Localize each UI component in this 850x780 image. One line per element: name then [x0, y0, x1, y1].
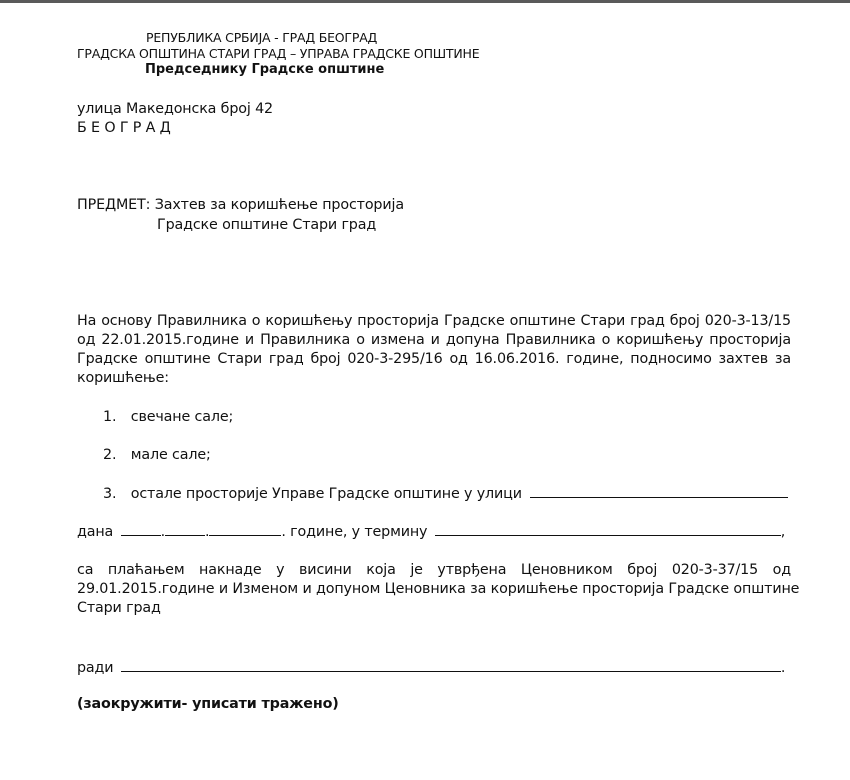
date-prefix: дана: [77, 524, 113, 540]
header-republic: РЕПУБЛИКА СРБИЈА - ГРАД БЕОГРАД: [146, 30, 377, 45]
reason-input-line[interactable]: [121, 659, 781, 672]
intro-line-3: Градске општине Стари град број 020-3-29…: [77, 351, 791, 367]
intro-line-2: од 22.01.2015.године и Правилника о изме…: [77, 332, 791, 348]
date-line: дана ... године, у термину ,: [77, 523, 785, 540]
time-slot-input-line[interactable]: [435, 523, 781, 536]
date-suffix: ,: [781, 524, 785, 540]
reason-prefix: ради: [77, 660, 113, 676]
month-input-line[interactable]: [165, 523, 205, 536]
day-input-line[interactable]: [121, 523, 161, 536]
option-label: мале сале;: [131, 447, 211, 463]
option-item-3[interactable]: 3. остале просторије Управе Градске општ…: [103, 485, 788, 502]
option-item-2[interactable]: 2. мале сале;: [103, 447, 211, 463]
reason-line: ради .: [77, 659, 785, 676]
header-municipality: ГРАДСКА ОПШТИНА СТАРИ ГРАД – УПРАВА ГРАД…: [77, 46, 479, 61]
option-number: 1.: [103, 409, 116, 425]
subject-text-1: Захтев за коришћење просторија: [155, 197, 404, 213]
payment-line-2: 29.01.2015.године и Изменом и допуном Це…: [77, 581, 791, 597]
reason-suffix: .: [781, 660, 785, 676]
address-street: улица Македонска број 42: [77, 101, 273, 117]
header-recipient: Председнику Градске општине: [145, 62, 384, 77]
subject-line-1: ПРЕДМЕТ: Захтев за коришћење просторија: [77, 197, 404, 213]
payment-line-1: са плаћањем накнаде у висини која је утв…: [77, 562, 791, 578]
option-label: остале просторије Управе Градске општине…: [131, 486, 522, 502]
date-middle-text: . године, у термину: [281, 524, 427, 540]
option-label: свечане сале;: [131, 409, 233, 425]
subject-label: ПРЕДМЕТ:: [77, 197, 150, 213]
year-input-line[interactable]: [209, 523, 281, 536]
payment-line-3: Стари град: [77, 600, 161, 616]
window-top-border: [0, 0, 850, 3]
option-number: 3.: [103, 486, 116, 502]
street-input-line[interactable]: [530, 485, 788, 498]
option-number: 2.: [103, 447, 116, 463]
intro-line-4: коришћење:: [77, 370, 169, 386]
intro-line-1: На основу Правилника о коришћењу простор…: [77, 313, 791, 329]
subject-text-2: Градске општине Стари град: [157, 217, 376, 233]
instruction-note: (заокружити- уписати тражено): [77, 696, 339, 712]
option-item-1[interactable]: 1. свечане сале;: [103, 409, 233, 425]
address-city: Б Е О Г Р А Д: [77, 120, 171, 136]
